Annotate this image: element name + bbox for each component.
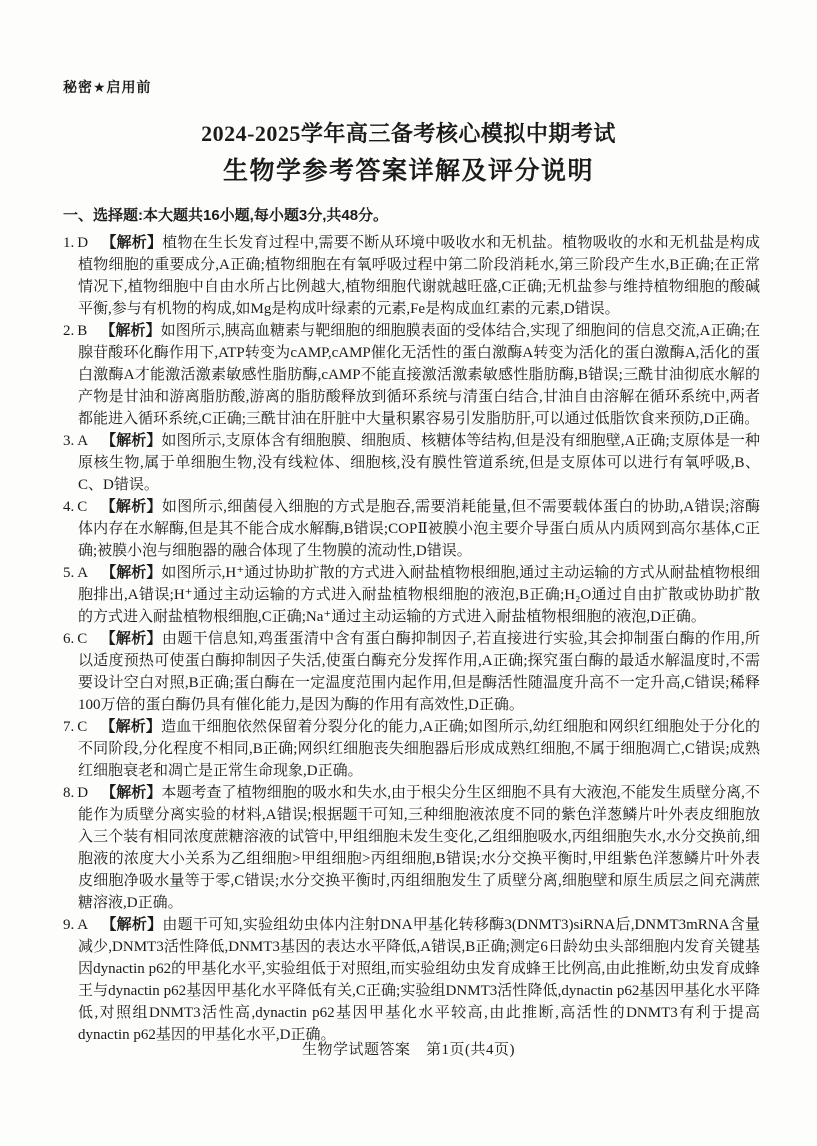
subject-answer-title: 生物学参考答案详解及评分说明 — [0, 151, 817, 187]
question-number: 4. — [63, 499, 74, 515]
analysis-text: 如图所示,细菌侵入细胞的方式是胞吞,需要消耗能量,但不需要载体蛋白的协助,A错误… — [78, 499, 760, 559]
analysis-text: 由题干可知,实验组幼虫体内注射DNA甲基化转移酶3(DNMT3)siRNA后,D… — [78, 917, 760, 1043]
question-answer: A — [77, 565, 88, 581]
answer-item-9: 9.A【解析】由题干可知,实验组幼虫体内注射DNA甲基化转移酶3(DNMT3)s… — [63, 914, 760, 1046]
question-answer: D — [77, 235, 88, 251]
question-number: 6. — [63, 631, 74, 647]
question-number: 7. — [63, 719, 74, 735]
question-answer: C — [77, 719, 87, 735]
answer-item-3: 3.A【解析】如图所示,支原体含有细胞膜、细胞质、核糖体等结构,但是没有细胞壁,… — [63, 430, 760, 496]
analysis-text: 如图所示,支原体含有细胞膜、细胞质、核糖体等结构,但是没有细胞壁,A正确;支原体… — [78, 433, 760, 493]
question-answer: D — [77, 785, 88, 801]
exam-title: 2024-2025学年高三备考核心模拟中期考试 — [0, 117, 817, 148]
answer-item-8: 8.D【解析】本题考查了植物细胞的吸水和失水,由于根尖分生区细胞不具有大液泡,不… — [63, 782, 760, 914]
page-footer: 生物学试题答案 第1页(共4页) — [0, 1038, 817, 1059]
analysis-label: 【解析】 — [101, 432, 161, 449]
question-answer: C — [77, 631, 87, 647]
answer-item-4: 4.C【解析】如图所示,细菌侵入细胞的方式是胞吞,需要消耗能量,但不需要载体蛋白… — [63, 496, 760, 562]
analysis-text: 如图所示,胰高血糖素与靶细胞的细胞膜表面的受体结合,实现了细胞间的信息交流,A正… — [78, 323, 760, 427]
section-heading: 一、选择题:本大题共16小题,每小题3分,共48分。 — [63, 205, 760, 227]
question-answer: B — [77, 323, 87, 339]
analysis-label: 【解析】 — [100, 718, 161, 735]
answer-item-2: 2.B【解析】如图所示,胰高血糖素与靶细胞的细胞膜表面的受体结合,实现了细胞间的… — [63, 320, 760, 430]
question-number: 8. — [63, 785, 74, 801]
question-number: 2. — [63, 323, 74, 339]
answer-item-6: 6.C【解析】由题干信息知,鸡蛋蛋清中含有蛋白酶抑制因子,若直接进行实验,其会抑… — [63, 628, 760, 716]
analysis-text: 由题干信息知,鸡蛋蛋清中含有蛋白酶抑制因子,若直接进行实验,其会抑制蛋白酶的作用… — [78, 631, 760, 713]
answer-item-5: 5.A【解析】如图所示,H⁺通过协助扩散的方式进入耐盐植物根细胞,通过主动运输的… — [63, 562, 760, 628]
question-number: 5. — [63, 565, 74, 581]
document-page: 秘密★启用前 2024-2025学年高三备考核心模拟中期考试 生物学参考答案详解… — [0, 0, 817, 1146]
analysis-label: 【解析】 — [100, 630, 162, 647]
answer-item-1: 1.D【解析】植物在生长发育过程中,需要不断从环境中吸收水和无机盐。植物吸收的水… — [63, 232, 760, 320]
question-number: 3. — [63, 433, 74, 449]
analysis-label: 【解析】 — [101, 916, 162, 933]
question-answer: C — [77, 499, 87, 515]
analysis-label: 【解析】 — [101, 564, 161, 581]
answer-item-7: 7.C【解析】造血干细胞依然保留着分裂分化的能力,A正确;如图所示,幼红细胞和网… — [63, 716, 760, 782]
question-answer: A — [77, 433, 88, 449]
analysis-label: 【解析】 — [101, 234, 162, 251]
security-label: 秘密★启用前 — [63, 77, 152, 97]
content-area: 一、选择题:本大题共16小题,每小题3分,共48分。 1.D【解析】植物在生长发… — [63, 205, 760, 1046]
analysis-text: 植物在生长发育过程中,需要不断从环境中吸收水和无机盐。植物吸收的水和无机盐是构成… — [78, 235, 760, 317]
question-answer: A — [77, 917, 88, 933]
analysis-label: 【解析】 — [101, 784, 161, 801]
analysis-text: 本题考查了植物细胞的吸水和失水,由于根尖分生区细胞不具有大液泡,不能发生质壁分离… — [78, 785, 760, 911]
analysis-label: 【解析】 — [100, 322, 160, 339]
analysis-label: 【解析】 — [100, 498, 162, 515]
question-number: 1. — [63, 235, 74, 251]
analysis-text: 造血干细胞依然保留着分裂分化的能力,A正确;如图所示,幼红细胞和网织红细胞处于分… — [78, 719, 760, 779]
analysis-text: 如图所示,H⁺通过协助扩散的方式进入耐盐植物根细胞,通过主动运输的方式从耐盐植物… — [78, 565, 760, 625]
question-number: 9. — [63, 917, 74, 933]
